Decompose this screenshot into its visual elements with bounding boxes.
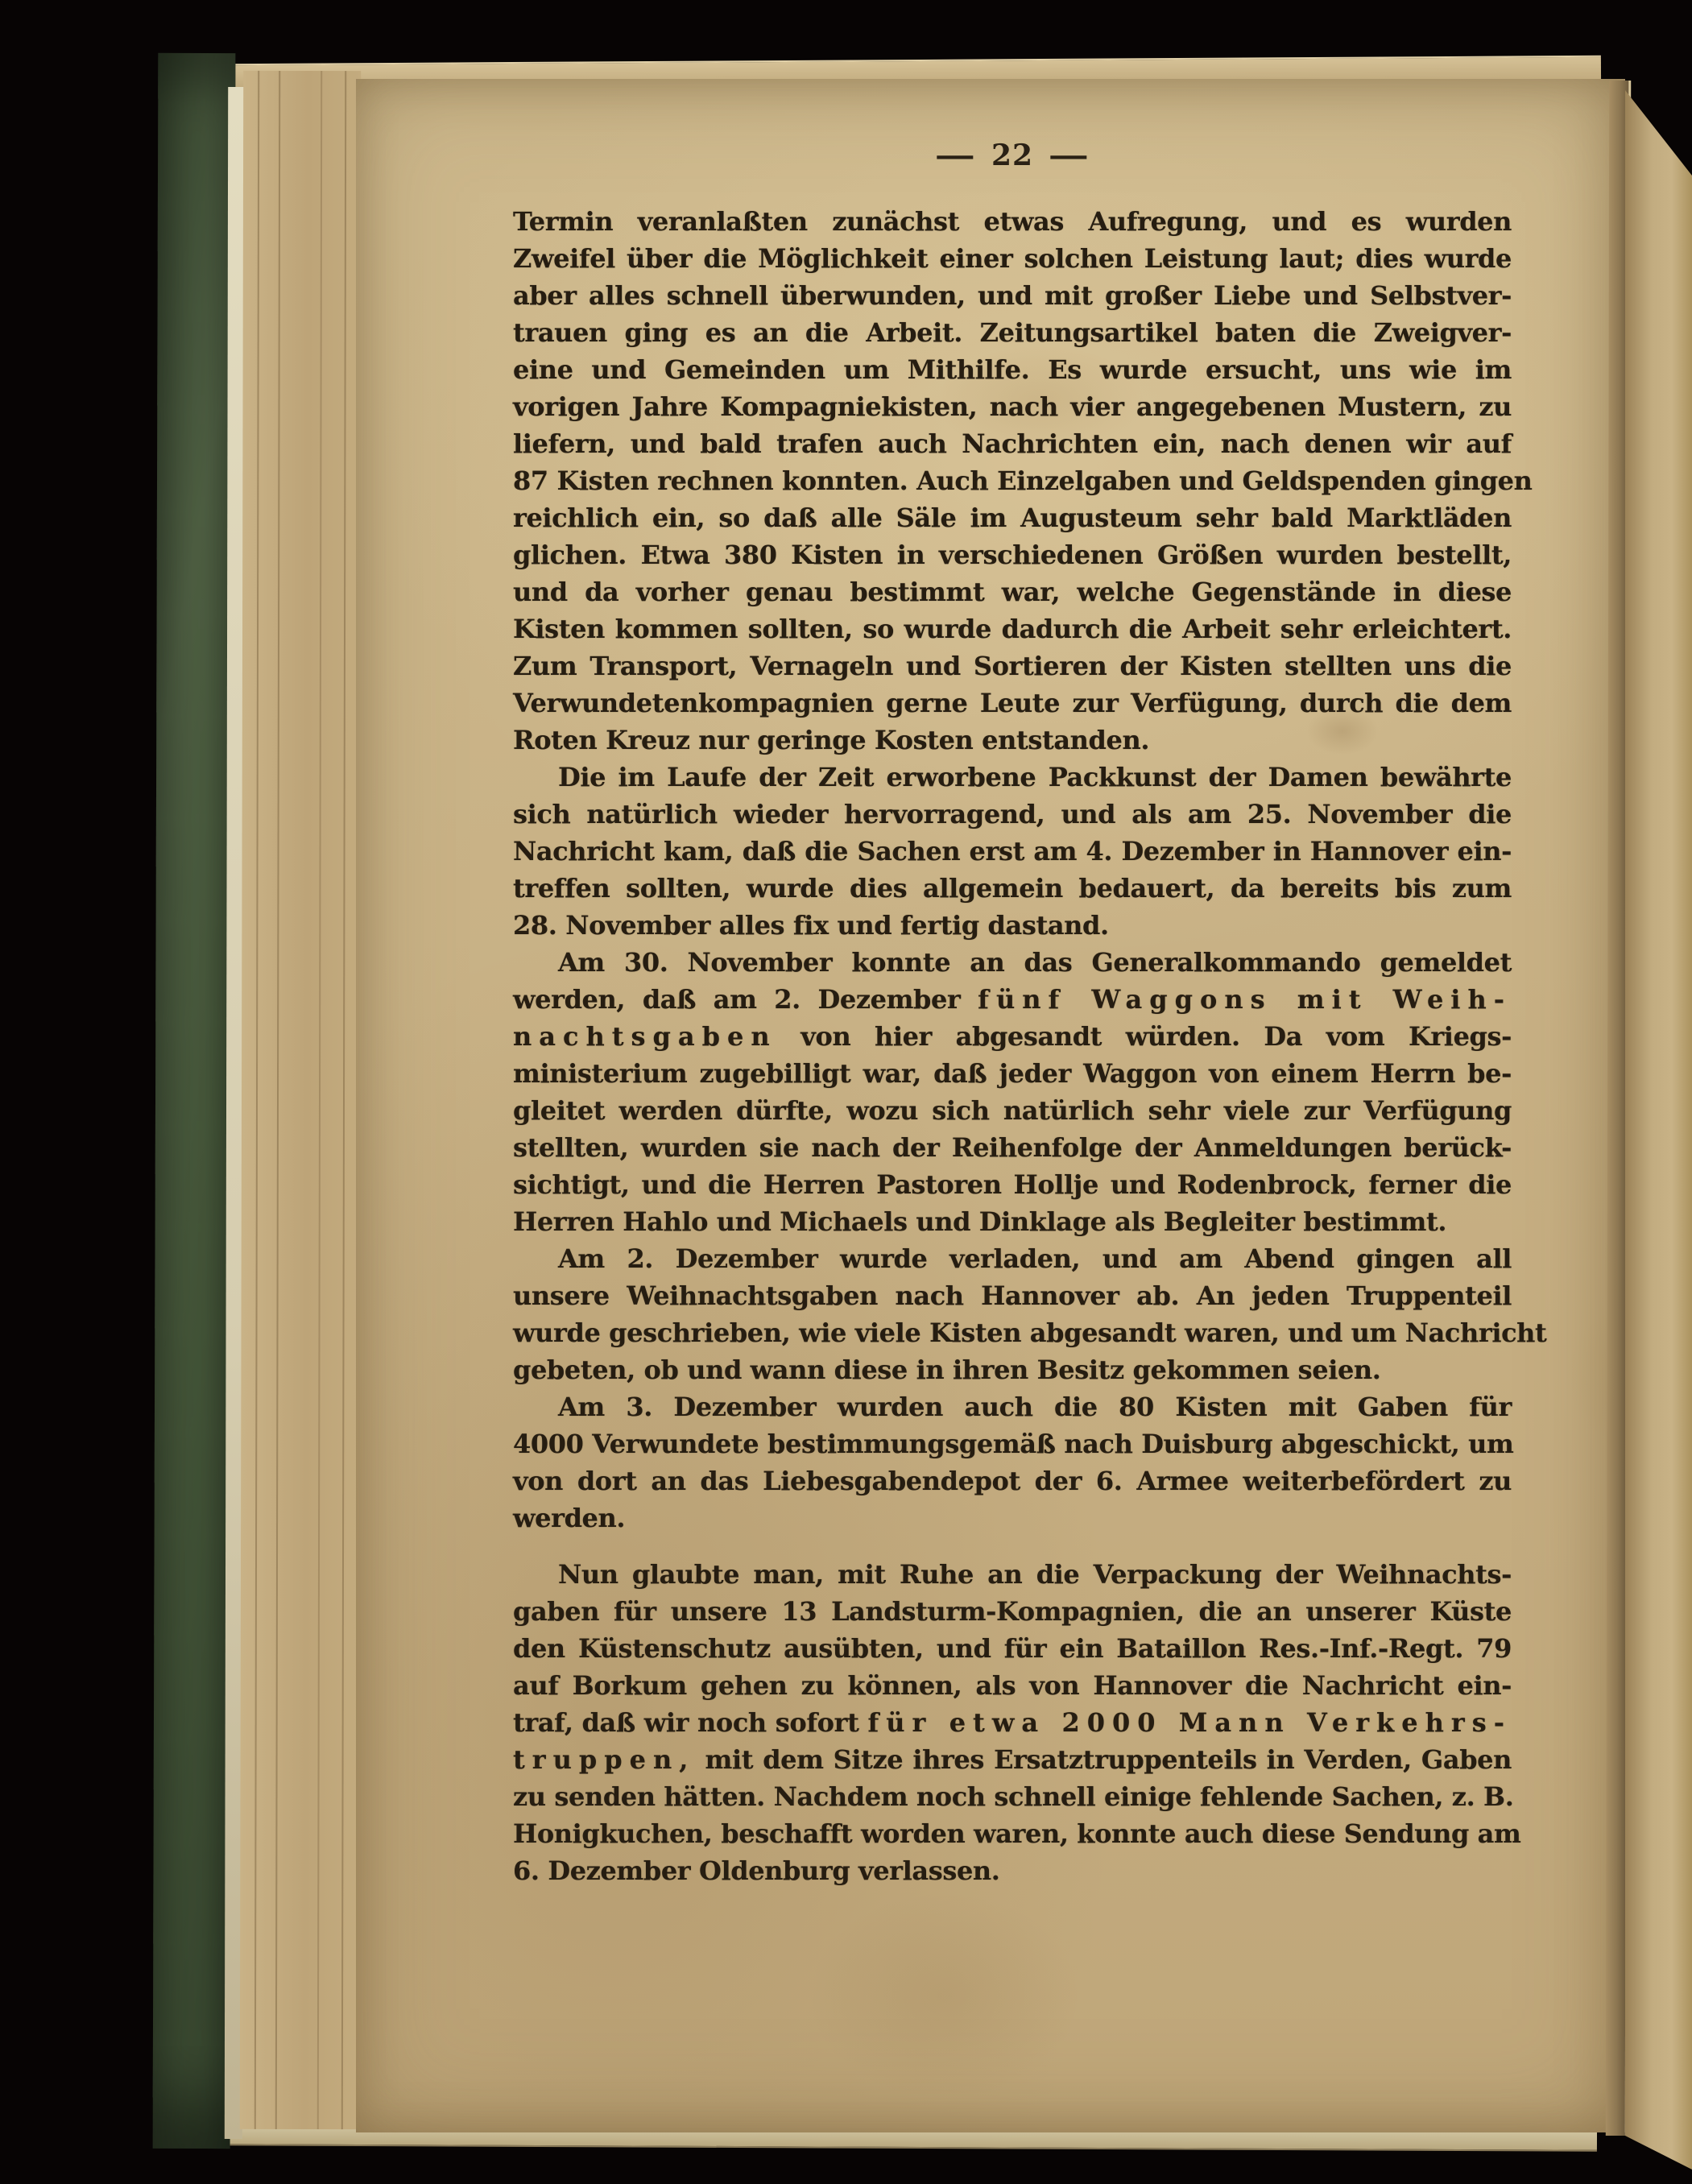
text-segment: liefern, und bald trafen auch Nachrichte… xyxy=(513,428,1512,459)
text-line: Zum Transport, Vernageln und Sortieren d… xyxy=(513,647,1512,685)
text-line: Termin veranlaßten zunächst etwas Aufreg… xyxy=(513,203,1512,240)
text-segment: sich natürlich wieder hervorragend, und … xyxy=(513,799,1512,829)
text-segment: gebeten, ob und wann diese in ihren Besi… xyxy=(513,1355,1381,1385)
book-cover-edge xyxy=(153,53,236,2149)
text-segment: Am 30. November konnte an das Generalkom… xyxy=(558,947,1512,978)
text-segment: auf Borkum gehen zu können, als von Hann… xyxy=(513,1670,1512,1701)
page-edge-line xyxy=(275,71,280,2129)
text-segment: vorigen Jahre Kompagniekisten, nach vier… xyxy=(513,391,1512,422)
text-segment: trauen ging es an die Arbeit. Zeitungsar… xyxy=(513,317,1512,348)
letterspaced-text: truppen, xyxy=(513,1744,695,1775)
text-line: gleitet werden dürfte, wozu sich natürli… xyxy=(513,1092,1512,1129)
text-segment: Am 2. Dezember wurde verladen, und am Ab… xyxy=(558,1243,1512,1274)
text-line: den Küstenschutz ausübten, und für ein B… xyxy=(513,1630,1512,1667)
text-line: Nun glaubte man, mit Ruhe an die Verpack… xyxy=(513,1556,1512,1593)
text-line: truppen, mit dem Sitze ihres Ersatztrupp… xyxy=(513,1741,1512,1778)
text-segment: mit dem Sitze ihres Ersatztruppenteils i… xyxy=(695,1744,1512,1775)
text-segment: treffen sollten, wurde dies allgemein be… xyxy=(513,873,1512,904)
text-segment: Herren Hahlo und Michaels und Dinklage a… xyxy=(513,1206,1446,1237)
text-line: reichlich ein, so daß alle Säle im Augus… xyxy=(513,499,1512,536)
text-line: treffen sollten, wurde dies allgemein be… xyxy=(513,870,1512,907)
page-block-edges xyxy=(240,71,361,2129)
text-segment: 6. Dezember Oldenburg verlassen. xyxy=(513,1855,1000,1886)
text-line: werden, daß am 2. Dezember fünf Waggons … xyxy=(513,981,1512,1018)
page-edge-line xyxy=(317,71,322,2129)
text-line: 4000 Verwundete bestimmungsgemäß nach Du… xyxy=(513,1425,1512,1462)
text-segment: gaben für unsere 13 Landsturm-Kompagnien… xyxy=(513,1596,1512,1627)
text-line: Herren Hahlo und Michaels und Dinklage a… xyxy=(513,1203,1512,1240)
text-segment: zu senden hätten. Nachdem noch schnell e… xyxy=(513,1781,1513,1812)
text-line: gebeten, ob und wann diese in ihren Besi… xyxy=(513,1351,1512,1388)
text-line: glichen. Etwa 380 Kisten in verschiedene… xyxy=(513,536,1512,573)
text-segment: traf, daß wir noch sofort xyxy=(513,1707,867,1738)
text-segment: von dort an das Liebesgabendepot der 6. … xyxy=(513,1466,1512,1496)
page-number: 22 xyxy=(991,139,1033,172)
text-segment: eine und Gemeinden um Mithilfe. Es wurde… xyxy=(513,354,1512,385)
text-segment: Nachricht kam, daß die Sachen erst am 4.… xyxy=(513,836,1512,867)
text-line: Honigkuchen, beschafft worden waren, kon… xyxy=(513,1815,1512,1852)
text-line: 87 Kisten rechnen konnten. Auch Einzelga… xyxy=(513,462,1512,499)
text-line: gaben für unsere 13 Landsturm-Kompagnien… xyxy=(513,1593,1512,1630)
page-edge-line xyxy=(341,71,346,2129)
page-edge-line xyxy=(254,71,259,2129)
text-line: Verwundetenkompagnien gerne Leute zur Ve… xyxy=(513,685,1512,722)
text-line: Die im Laufe der Zeit erworbene Packkuns… xyxy=(513,759,1512,796)
text-segment: Die im Laufe der Zeit erworbene Packkuns… xyxy=(558,762,1512,792)
text-segment: aber alles schnell überwunden, und mit g… xyxy=(513,280,1512,311)
text-line: nachtsgaben von hier abgesandt würden. D… xyxy=(513,1018,1512,1055)
text-line: 28. November alles fix und fertig dastan… xyxy=(513,907,1512,944)
text-segment: und da vorher genau bestimmt war, welche… xyxy=(513,577,1512,607)
text-line: traf, daß wir noch sofort für etwa 2000 … xyxy=(513,1704,1512,1741)
text-segment: 4000 Verwundete bestimmungsgemäß nach Du… xyxy=(513,1429,1513,1459)
text-line: Kisten kommen sollten, so wurde dadurch … xyxy=(513,610,1512,647)
text-segment: 87 Kisten rechnen konnten. Auch Einzelga… xyxy=(513,465,1533,496)
text-segment: Kisten kommen sollten, so wurde dadurch … xyxy=(513,614,1512,644)
page-header: —22— xyxy=(851,139,1173,172)
text-line: unsere Weihnachtsgaben nach Hannover ab.… xyxy=(513,1277,1512,1314)
text-line: 6. Dezember Oldenburg verlassen. xyxy=(513,1852,1512,1889)
text-line: Am 30. November konnte an das Generalkom… xyxy=(513,944,1512,981)
text-segment: wurde geschrieben, wie viele Kisten abge… xyxy=(513,1317,1546,1348)
text-line: aber alles schnell überwunden, und mit g… xyxy=(513,277,1512,314)
text-line: vorigen Jahre Kompagniekisten, nach vier… xyxy=(513,388,1512,425)
text-line: stellten, wurden sie nach der Reihenfolg… xyxy=(513,1129,1512,1166)
text-segment: 28. November alles fix und fertig dastan… xyxy=(513,910,1109,941)
text-segment: Roten Kreuz nur geringe Kosten entstande… xyxy=(513,725,1149,755)
text-line: Nachricht kam, daß die Sachen erst am 4.… xyxy=(513,833,1512,870)
text-line: zu senden hätten. Nachdem noch schnell e… xyxy=(513,1778,1512,1815)
text-line: Zweifel über die Möglichkeit einer solch… xyxy=(513,240,1512,277)
text-line: eine und Gemeinden um Mithilfe. Es wurde… xyxy=(513,351,1512,388)
text-segment: unsere Weihnachtsgaben nach Hannover ab.… xyxy=(513,1280,1512,1311)
text-line: Roten Kreuz nur geringe Kosten entstande… xyxy=(513,722,1512,759)
text-segment: Honigkuchen, beschafft worden waren, kon… xyxy=(513,1818,1520,1849)
text-segment: reichlich ein, so daß alle Säle im Augus… xyxy=(513,503,1512,533)
body-text: Termin veranlaßten zunächst etwas Aufreg… xyxy=(513,203,1512,1889)
text-segment: Termin veranlaßten zunächst etwas Aufreg… xyxy=(513,206,1512,237)
text-line: und da vorher genau bestimmt war, welche… xyxy=(513,573,1512,610)
text-segment: von hier abgesandt würden. Da vom Kriegs… xyxy=(777,1021,1512,1052)
text-line: von dort an das Liebesgabendepot der 6. … xyxy=(513,1462,1512,1499)
text-segment: Zweifel über die Möglichkeit einer solch… xyxy=(513,243,1512,274)
text-line: trauen ging es an die Arbeit. Zeitungsar… xyxy=(513,314,1512,351)
text-segment: werden, daß am 2. Dezember xyxy=(513,984,978,1015)
paper-stain xyxy=(807,1891,1081,2100)
text-segment: Zum Transport, Vernageln und Sortieren d… xyxy=(513,651,1512,681)
text-line: sich natürlich wieder hervorragend, und … xyxy=(513,796,1512,833)
text-line: ministerium zugebilligt war, daß jeder W… xyxy=(513,1055,1512,1092)
header-dash-right: — xyxy=(1049,139,1090,172)
text-segment: werden. xyxy=(513,1503,625,1533)
book-scan-photo: —22— Termin veranlaßten zunächst etwas A… xyxy=(0,0,1692,2184)
text-line: auf Borkum gehen zu können, als von Hann… xyxy=(513,1667,1512,1704)
letterspaced-text: für etwa 2000 Mann Verkehrs- xyxy=(867,1707,1512,1738)
letterspaced-text: fünf Waggons mit Weih- xyxy=(978,984,1512,1015)
gutter-facing-page xyxy=(1625,81,1692,2174)
text-line: sichtigt, und die Herren Pastoren Hollje… xyxy=(513,1166,1512,1203)
text-segment: ministerium zugebilligt war, daß jeder W… xyxy=(513,1058,1512,1089)
text-segment: glichen. Etwa 380 Kisten in verschiedene… xyxy=(513,540,1512,570)
text-segment: Nun glaubte man, mit Ruhe an die Verpack… xyxy=(558,1559,1512,1590)
text-line: werden. xyxy=(513,1499,1512,1537)
text-segment: den Küstenschutz ausübten, und für ein B… xyxy=(513,1633,1512,1664)
letterspaced-text: nachtsgaben xyxy=(513,1021,777,1052)
text-line: liefern, und bald trafen auch Nachrichte… xyxy=(513,425,1512,462)
text-line: Am 2. Dezember wurde verladen, und am Ab… xyxy=(513,1240,1512,1277)
header-dash-left: — xyxy=(935,139,977,172)
text-line: wurde geschrieben, wie viele Kisten abge… xyxy=(513,1314,1512,1351)
text-segment: stellten, wurden sie nach der Reihenfolg… xyxy=(513,1132,1512,1163)
text-segment: Am 3. Dezember wurden auch die 80 Kisten… xyxy=(558,1392,1512,1422)
text-segment: gleitet werden dürfte, wozu sich natürli… xyxy=(513,1095,1512,1126)
text-segment: sichtigt, und die Herren Pastoren Hollje… xyxy=(513,1169,1512,1200)
text-line: Am 3. Dezember wurden auch die 80 Kisten… xyxy=(513,1388,1512,1425)
text-segment: Verwundetenkompagnien gerne Leute zur Ve… xyxy=(513,688,1512,718)
